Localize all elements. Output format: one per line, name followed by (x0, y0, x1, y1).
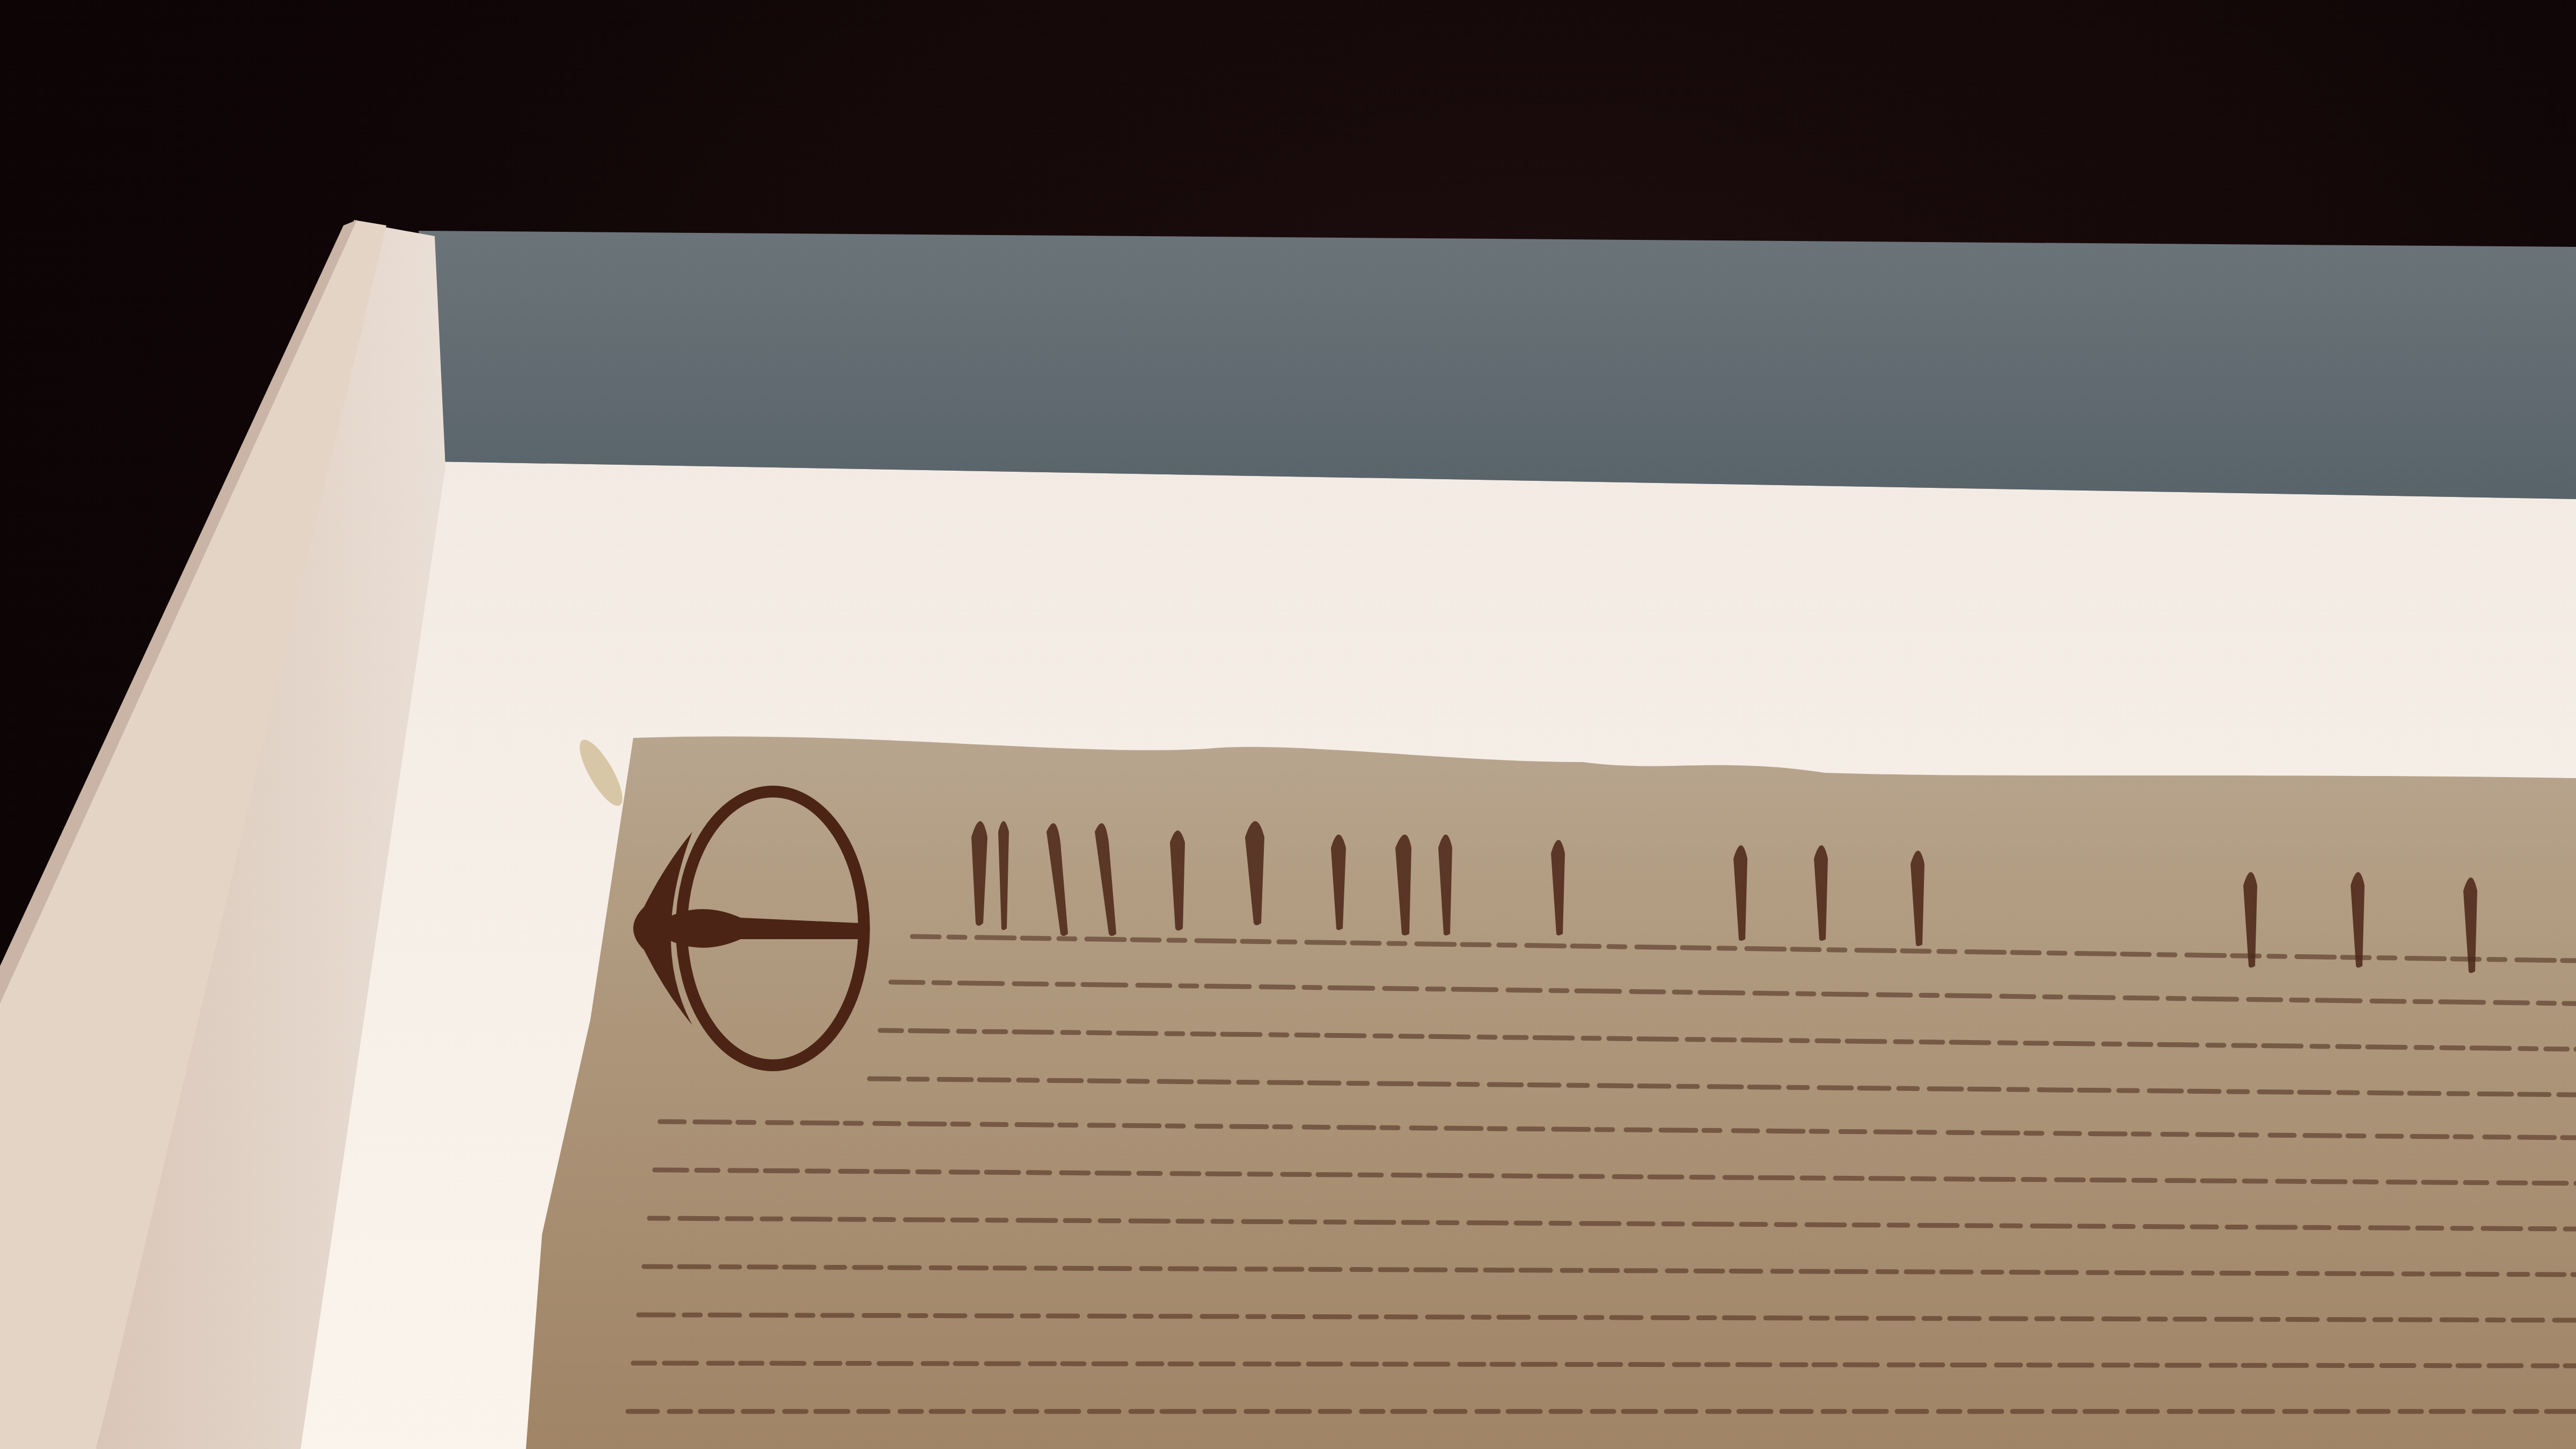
manuscript-parchment (0, 0, 2576, 1449)
photo-scene (0, 0, 2576, 1449)
